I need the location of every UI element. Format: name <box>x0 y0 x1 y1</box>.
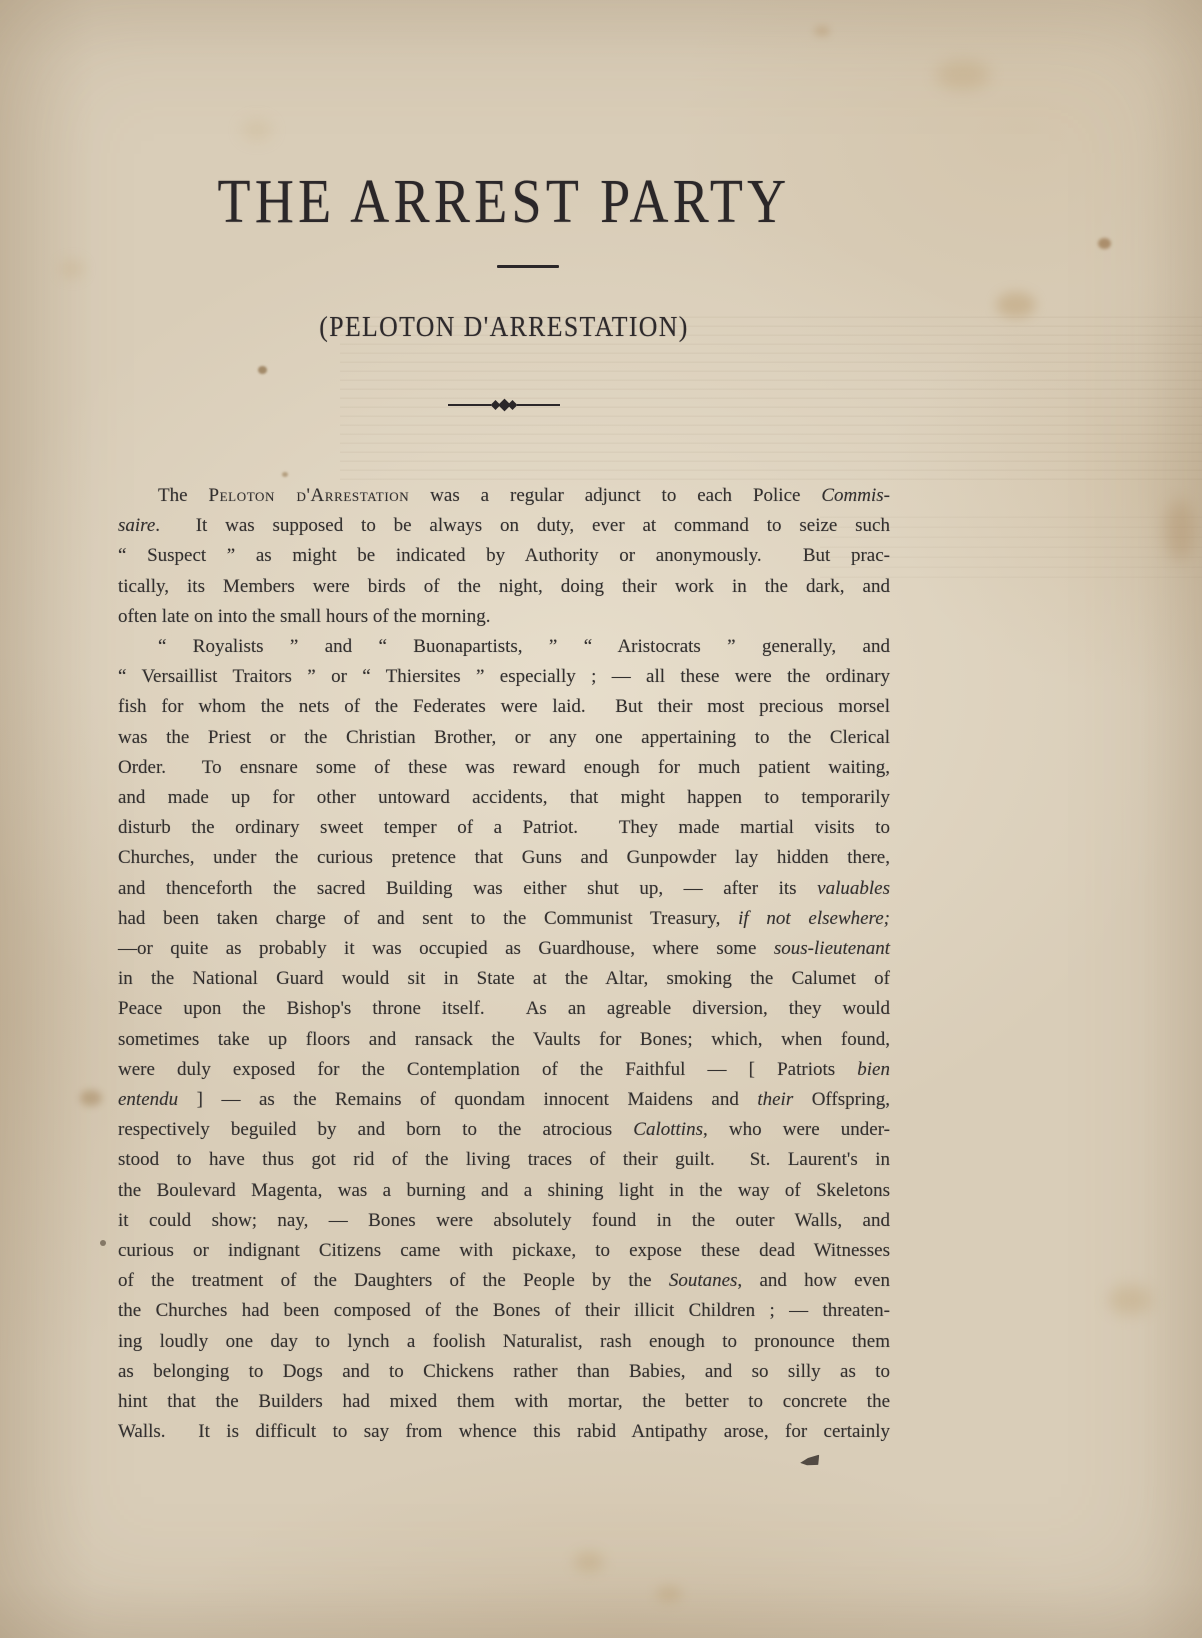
text-line: often late on into the small hours of th… <box>118 602 890 632</box>
italic-text: bien <box>857 1059 890 1080</box>
italic-text: saire <box>118 515 155 536</box>
text-line: tically, its Members were birds of the n… <box>118 572 890 602</box>
text-line: was the Priest or the Christian Brother,… <box>118 723 890 753</box>
text-line: curious or indignant Citizens came with … <box>118 1236 890 1266</box>
text: and made up for other untoward accidents… <box>118 787 890 808</box>
text-line: Order. To ensnare some of these was rewa… <box>118 753 890 783</box>
text-line: saire. It was supposed to be always on d… <box>118 511 890 541</box>
text-line: fish for whom the nets of the Federates … <box>118 692 890 722</box>
text: , who were under- <box>703 1119 890 1140</box>
stain <box>258 366 267 374</box>
text-line: stood to have thus got rid of the living… <box>118 1145 890 1175</box>
text: Churches, under the curious pretence tha… <box>118 847 890 868</box>
stain <box>656 1586 682 1602</box>
text-line: the Churches had been composed of the Bo… <box>118 1296 890 1326</box>
text-line: Walls. It is difficult to say from whenc… <box>118 1417 890 1447</box>
italic-text: if not elsewhere; <box>738 908 890 929</box>
italic-text: their <box>757 1089 793 1110</box>
text-line: respectively beguiled by and born to the… <box>118 1115 890 1145</box>
text-line: Peace upon the Bishop's throne itself. A… <box>118 994 890 1024</box>
page-title: THE ARREST PARTY <box>168 168 840 236</box>
text-line: “ Royalists ” and “ Buonapartists, ” “ A… <box>118 632 890 662</box>
text-line: “ Versaillist Traitors ” or “ Thiersites… <box>118 662 890 692</box>
title-rule <box>497 265 559 268</box>
text: stood to have thus got rid of the living… <box>118 1149 890 1170</box>
stain <box>574 1552 604 1572</box>
text: it could show; nay, — Bones were absolut… <box>118 1210 890 1231</box>
stain <box>60 260 84 278</box>
text: ing loudly one day to lynch a foolish Na… <box>118 1331 890 1352</box>
text-line: as belonging to Dogs and to Chickens rat… <box>118 1357 890 1387</box>
text-line: it could show; nay, — Bones were absolut… <box>118 1206 890 1236</box>
text: curious or indignant Citizens came with … <box>118 1240 890 1261</box>
text-line: entendu ] — as the Remains of quondam in… <box>118 1085 890 1115</box>
paragraph: “ Royalists ” and “ Buonapartists, ” “ A… <box>118 632 890 1447</box>
text: of the treatment of the Daughters of the… <box>118 1270 669 1291</box>
text: often late on into the small hours of th… <box>118 606 491 627</box>
text-line: hint that the Builders had mixed them wi… <box>118 1387 890 1417</box>
text: Walls. It is difficult to say from whenc… <box>118 1421 890 1442</box>
text: fish for whom the nets of the Federates … <box>118 696 890 717</box>
text-line: and made up for other untoward accidents… <box>118 783 890 813</box>
stain <box>100 1240 106 1246</box>
text-line: and thenceforth the sacred Building was … <box>118 874 890 904</box>
text: the Churches had been composed of the Bo… <box>118 1300 890 1321</box>
body-text: The Peloton d'Arrestation was a regular … <box>118 481 890 1448</box>
text-line: sometimes take up floors and ransack the… <box>118 1025 890 1055</box>
stain <box>1098 238 1111 249</box>
text: Order. To ensnare some of these was rewa… <box>118 757 890 778</box>
italic-text: sous-lieutenant <box>774 938 890 959</box>
text: the Boulevard Magenta, was a burning and… <box>118 1180 890 1201</box>
text-line: had been taken charge of and sent to the… <box>118 904 890 934</box>
text: ] — as the Remains of quondam innocent M… <box>178 1089 757 1110</box>
italic-text: entendu <box>118 1089 178 1110</box>
text: , and how even <box>737 1270 890 1291</box>
text-line: the Boulevard Magenta, was a burning and… <box>118 1176 890 1206</box>
page-subtitle: (PELOTON D'ARRESTATION) <box>149 313 859 344</box>
text: and thenceforth the sacred Building was … <box>118 878 817 899</box>
text: sometimes take up floors and ransack the… <box>118 1029 890 1050</box>
paragraph: The Peloton d'Arrestation was a regular … <box>118 481 890 632</box>
text: Peace upon the Bishop's throne itself. A… <box>118 998 890 1019</box>
text: “ Royalists ” and “ Buonapartists, ” “ A… <box>158 636 890 657</box>
text-line: —or quite as probably it was occupied as… <box>118 934 890 964</box>
text-line: disturb the ordinary sweet temper of a P… <box>118 813 890 843</box>
stain <box>242 120 272 140</box>
italic-text: valuables <box>817 878 890 899</box>
stain <box>996 292 1036 318</box>
text-line: were duly exposed for the Contemplation … <box>118 1055 890 1085</box>
text: had been taken charge of and sent to the… <box>118 908 738 929</box>
text: . It was supposed to be always on duty, … <box>155 515 890 536</box>
text-line: in the National Guard would sit in State… <box>118 964 890 994</box>
ink-smudge <box>799 1455 820 1468</box>
text: as belonging to Dogs and to Chickens rat… <box>118 1361 890 1382</box>
text: —or quite as probably it was occupied as… <box>118 938 774 959</box>
text-line: The Peloton d'Arrestation was a regular … <box>118 481 890 511</box>
text: “ Versaillist Traitors ” or “ Thiersites… <box>118 666 890 687</box>
text: tically, its Members were birds of the n… <box>118 576 890 597</box>
text-line: of the treatment of the Daughters of the… <box>118 1266 890 1296</box>
stain <box>80 1090 102 1106</box>
text: were duly exposed for the Contemplation … <box>118 1059 857 1080</box>
italic-text: Calottins <box>633 1119 703 1140</box>
text: “ Suspect ” as might be indicated by Aut… <box>118 545 890 566</box>
italic-text: Soutanes <box>669 1270 738 1291</box>
italic-text: Commis- <box>821 485 890 506</box>
text-line: “ Suspect ” as might be indicated by Aut… <box>118 541 890 571</box>
stain <box>1108 1285 1152 1315</box>
text: hint that the Builders had mixed them wi… <box>118 1391 890 1412</box>
text: in the National Guard would sit in State… <box>118 968 890 989</box>
text-line: Churches, under the curious pretence tha… <box>118 843 890 873</box>
smallcaps-text: Peloton d'Arrestation <box>208 485 409 506</box>
text: was the Priest or the Christian Brother,… <box>118 727 890 748</box>
stain <box>1165 500 1195 560</box>
text: disturb the ordinary sweet temper of a P… <box>118 817 890 838</box>
text: Offspring, <box>793 1089 890 1110</box>
text-line: ing loudly one day to lynch a foolish Na… <box>118 1327 890 1357</box>
stain <box>814 26 830 36</box>
stain <box>282 472 288 477</box>
ornament-divider-icon <box>436 397 572 413</box>
stain <box>936 60 990 90</box>
text: The <box>158 485 208 506</box>
book-page: THE ARREST PARTY (PELOTON D'ARRESTATION)… <box>0 0 1202 1638</box>
text: respectively beguiled by and born to the… <box>118 1119 633 1140</box>
text: was a regular adjunct to each Police <box>409 485 821 506</box>
